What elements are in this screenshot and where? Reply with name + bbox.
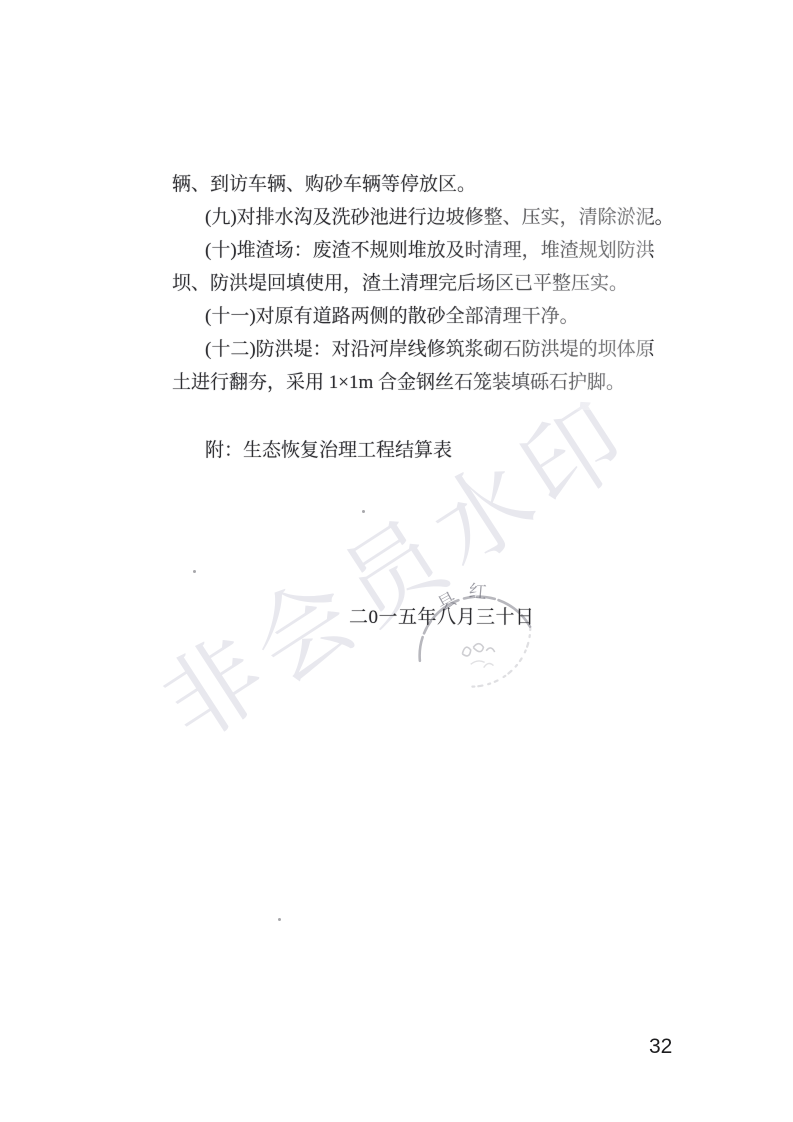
attachment-line: 附：生态恢复治理工程结算表 [205, 435, 452, 462]
body-text-line: (十)堆渣场：废渣不规则堆放及时清理，堆渣规划防洪 [172, 234, 642, 267]
body-text-line: (十二)防洪堤：对沿河岸线修筑浆砌石防洪堤的坝体原 [172, 333, 642, 366]
body-text-line: (十一)对原有道路两侧的散砂全部清理干净。 [172, 300, 642, 333]
scanned-document-page: 非会员水印 辆、到访车辆、购砂车辆等停放区。(九)对排水沟及洗砂池进行边坡修整、… [0, 0, 793, 1122]
scan-speck [278, 918, 281, 921]
scan-speck [362, 510, 365, 513]
body-text-line: 坝、防洪堤回填使用，渣土清理完后场区已平整压实。 [172, 267, 642, 300]
body-text-line: (九)对排水沟及洗砂池进行边坡修整、压实，清除淤泥。 [172, 201, 642, 234]
body-text-line: 辆、到访车辆、购砂车辆等停放区。 [172, 168, 642, 201]
seal-inner-smudge [461, 641, 495, 659]
seal-edge-lower-arc [462, 627, 540, 688]
body-text-block: 辆、到访车辆、购砂车辆等停放区。(九)对排水沟及洗砂池进行边坡修整、压实，清除淤… [172, 168, 642, 399]
watermark-text: 非会员水印 [131, 359, 656, 768]
scan-speck [193, 570, 196, 573]
date-line: 二0一五年八月三十日 [349, 602, 535, 629]
seal-inner-smudge-2 [470, 658, 493, 670]
body-text-line: 土进行翻夯，采用 1×1m 合金钢丝石笼装填砾石护脚。 [172, 366, 642, 399]
page-number: 32 [649, 1035, 672, 1059]
